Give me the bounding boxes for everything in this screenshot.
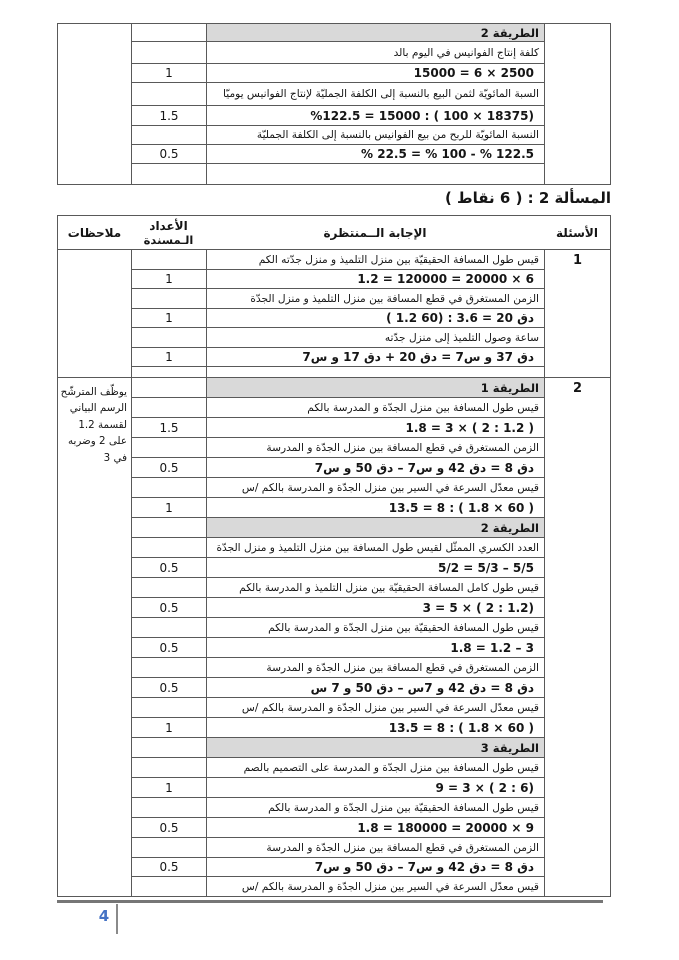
score-cell: 1.5 [132,106,206,126]
method-header-row: الطريقة 3 [207,738,544,758]
statement-row: قيس معدّل السرعة في السير بين منزل الجدّ… [207,877,544,896]
score-cell: 1 [132,270,206,289]
statement-row: النسبة المائويّة للربح من بيع الفوانيس ب… [207,126,544,145]
score-cell [132,164,206,184]
score-cell: 1 [132,718,206,738]
score-cell [132,328,206,348]
formula-row: 7س‎ و‎ 17 دق‎ + 20 دق‎ = 7س‎ و‎ 37 دق [207,348,544,367]
statement-row: قيس طول المسافة الحقيقيّة بين منزل التلم… [207,250,544,270]
notes-column: يوظّف المترشّح الرسم البياني لقسمة 1.2 ع… [58,250,131,896]
problem2-title: المسألة 2 : ( 6 نقاط ) [445,189,611,207]
formula-row: 1.8 = 1.2 – 3 [207,638,544,658]
formula-row: 7س‎ و‎ 50 دق‎ – 7س‎ و‎ 42 دق‎ = 8 دق [207,858,544,877]
score-cell: 1 [132,64,206,83]
empty-row [207,367,544,378]
header-expected-answer: الإجابة الــمنتظرة [206,216,544,249]
score-cell [132,289,206,309]
statement-row: قيس طول المسافة الحقيقيّة بين منزل الجدّ… [207,798,544,818]
problem1-continuation-table: 11.50.5 الطريقة 2كلفة إنتاج الفوانيس في … [57,23,611,185]
statement-row: الزمن المستغرق في قطع المسافة بين منزل ا… [207,438,544,458]
formula-row: 15000 = 6 × 2500 [207,64,544,83]
assigned-marks-column: 11.50.5 [131,24,206,184]
score-cell [132,758,206,778]
header-notes: ملاحظات [58,216,131,249]
statement-row: العدد الكسري الممثّل لقيس طول المسافة بي… [207,538,544,558]
formula-row: % 22.5 = % 100 - % 122.5 [207,145,544,164]
score-cell [132,698,206,718]
score-cell [132,478,206,498]
score-cell [132,578,206,598]
question-number-column: 1 2 [544,250,610,896]
score-cell: 1.5 [132,418,206,438]
assigned-marks-column: 1111.50.510.50.50.50.5110.50.5 [131,250,206,896]
score-cell: 0.5 [132,145,206,164]
expected-answer-column: قيس طول المسافة الحقيقيّة بين منزل التلم… [206,250,544,896]
score-cell: 1 [132,778,206,798]
statement-row: ساعة وصول التلميذ إلى منزل جدّته [207,328,544,348]
q2-notes-cell: يوظّف المترشّح الرسم البياني لقسمة 1.2 ع… [58,378,131,896]
score-cell [132,83,206,106]
statement-row: الزمن المستغرق في قطع المسافة بين منزل ا… [207,658,544,678]
header-notes-label: ملاحظات [68,226,121,240]
score-cell [132,126,206,145]
score-cell: 1 [132,498,206,518]
formula-row: 1.2 = 120000 = 20000 × 6 [207,270,544,289]
score-cell [132,738,206,758]
score-cell: 0.5 [132,638,206,658]
header-answer-label: الإجابة الــمنتظرة [323,226,426,240]
formula-row: 3 = 5 × ( 2 : 1.2) [207,598,544,618]
formula-row: 1.8 = 180000 = 20000 × 9 [207,818,544,838]
page-number: 4 [94,907,114,925]
formula-row: 1.8 = 3 × ( 2 : 1.2 ) [207,418,544,438]
score-cell [132,618,206,638]
question-number-2: 2 [545,378,610,896]
formula-row: 13.5 = 8 : ( 1.8 × 60 ) [207,498,544,518]
score-cell [132,438,206,458]
score-cell [132,538,206,558]
score-cell [132,658,206,678]
score-cell [132,367,206,378]
header-marks-line2: الـمسندة [144,233,194,247]
method-header-row: الطريقة 2 [207,518,544,538]
header-assigned-marks: الأعداد الـمسندة [131,216,206,249]
method-header-row: الطريقة 2 [207,24,544,42]
formula-row: 5/2 = 5/3 – 5/5 [207,558,544,578]
score-cell [132,798,206,818]
problem2-rubric-table: ملاحظات الأعداد الـمسندة الإجابة الــمنت… [57,215,611,897]
score-cell: 0.5 [132,678,206,698]
question-number-column [544,24,610,184]
header-marks-line1: الأعداد [149,219,187,233]
score-cell: 0.5 [132,558,206,578]
method-header-row: الطريقة 1 [207,378,544,398]
formula-row: 9 = 3 × ( 2 : 6) [207,778,544,798]
statement-row: السبة المائويّة لثمن البيع بالنسبة إلى ا… [207,83,544,106]
score-cell [132,838,206,858]
score-cell [132,250,206,270]
score-cell: 0.5 [132,858,206,877]
statement-row: كلفة إنتاج الفوانيس في اليوم بالد [207,42,544,64]
score-cell [132,42,206,64]
score-cell: 0.5 [132,598,206,618]
formula-row: %122.5 = 15000 : ( 100 × 18375) [207,106,544,126]
statement-row: قيس معدّل السرعة في السير بين منزل الجدّ… [207,698,544,718]
formula-row: 7س‎ و‎ 50 دق‎ – 7س‎ و‎ 42 دق‎ = 8 دق [207,458,544,478]
question-number-1: 1 [545,250,610,378]
exam-rubric-page: { "page": { "number": "4" }, "section2_t… [0,0,679,960]
q2-note: يوظّف المترشّح الرسم البياني لقسمة 1.2 ع… [58,378,131,466]
score-cell [132,877,206,896]
statement-row: قيس طول المسافة الحقيقيّة بين منزل الجدّ… [207,618,544,638]
score-cell [132,378,206,398]
empty-row [207,164,544,184]
score-cell: 1 [132,348,206,367]
formula-row: س‎ 7 و‎ 50 دق‎ – س‎7 و‎ 42 دق‎ = 8 دق [207,678,544,698]
header-questions: الأسئلة [544,216,610,249]
statement-row: قيس طول كامل المسافة الحقيقيّة بين منزل … [207,578,544,598]
score-cell [132,518,206,538]
statement-row: قيس معدّل السرعة في السير بين منزل الجدّ… [207,478,544,498]
score-cell: 0.5 [132,818,206,838]
statement-row: قيس طول المسافة بين منزل الجدّة و المدرس… [207,758,544,778]
header-questions-label: الأسئلة [556,226,598,240]
footer-tick-line [116,904,118,934]
score-cell [132,24,206,42]
score-cell: 1 [132,309,206,328]
score-cell [132,398,206,418]
statement-row: الزمن المستغرق في قطع المسافة بين منزل ا… [207,838,544,858]
notes-column [58,24,131,184]
formula-row: 13.5 = 8 : ( 1.8 × 60 ) [207,718,544,738]
table-header-row: ملاحظات الأعداد الـمسندة الإجابة الــمنت… [58,216,610,250]
formula-row: ( 1.2 60) : 3.6 = 20 دق [207,309,544,328]
footer-separator-line [57,900,603,903]
expected-answer-column: الطريقة 2كلفة إنتاج الفوانيس في اليوم با… [206,24,544,184]
statement-row: قيس طول المسافة بين منزل الجدّة و المدرس… [207,398,544,418]
q1-notes-cell [58,250,131,378]
score-cell: 0.5 [132,458,206,478]
statement-row: الزمن المستغرق في قطع المسافة بين منزل ا… [207,289,544,309]
